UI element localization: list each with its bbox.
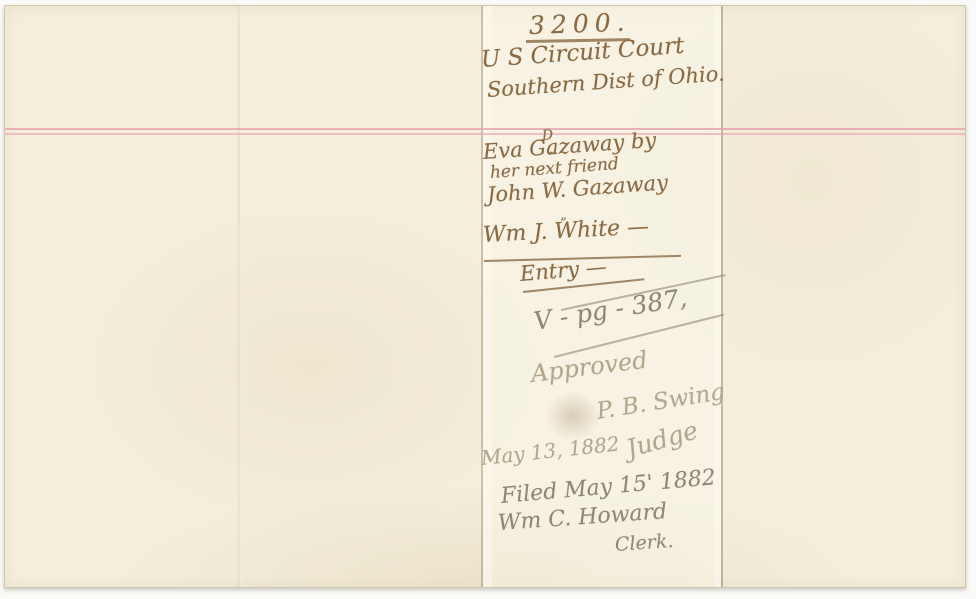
case-number: 3200. [529, 9, 631, 38]
pink-ruling-line-bottom [5, 133, 965, 135]
fold-crease-right [721, 6, 723, 587]
fold-crease-middle [481, 6, 483, 587]
paper-sheet: 3200. U S Circuit Court Southern Dist of… [4, 5, 966, 588]
pink-ruling-line-top [5, 128, 965, 130]
document-scan: 3200. U S Circuit Court Southern Dist of… [0, 0, 976, 599]
fold-crease-left [237, 6, 242, 587]
clerk-title: Clerk. [614, 532, 674, 555]
fold-crease-right-highlight [714, 6, 721, 587]
